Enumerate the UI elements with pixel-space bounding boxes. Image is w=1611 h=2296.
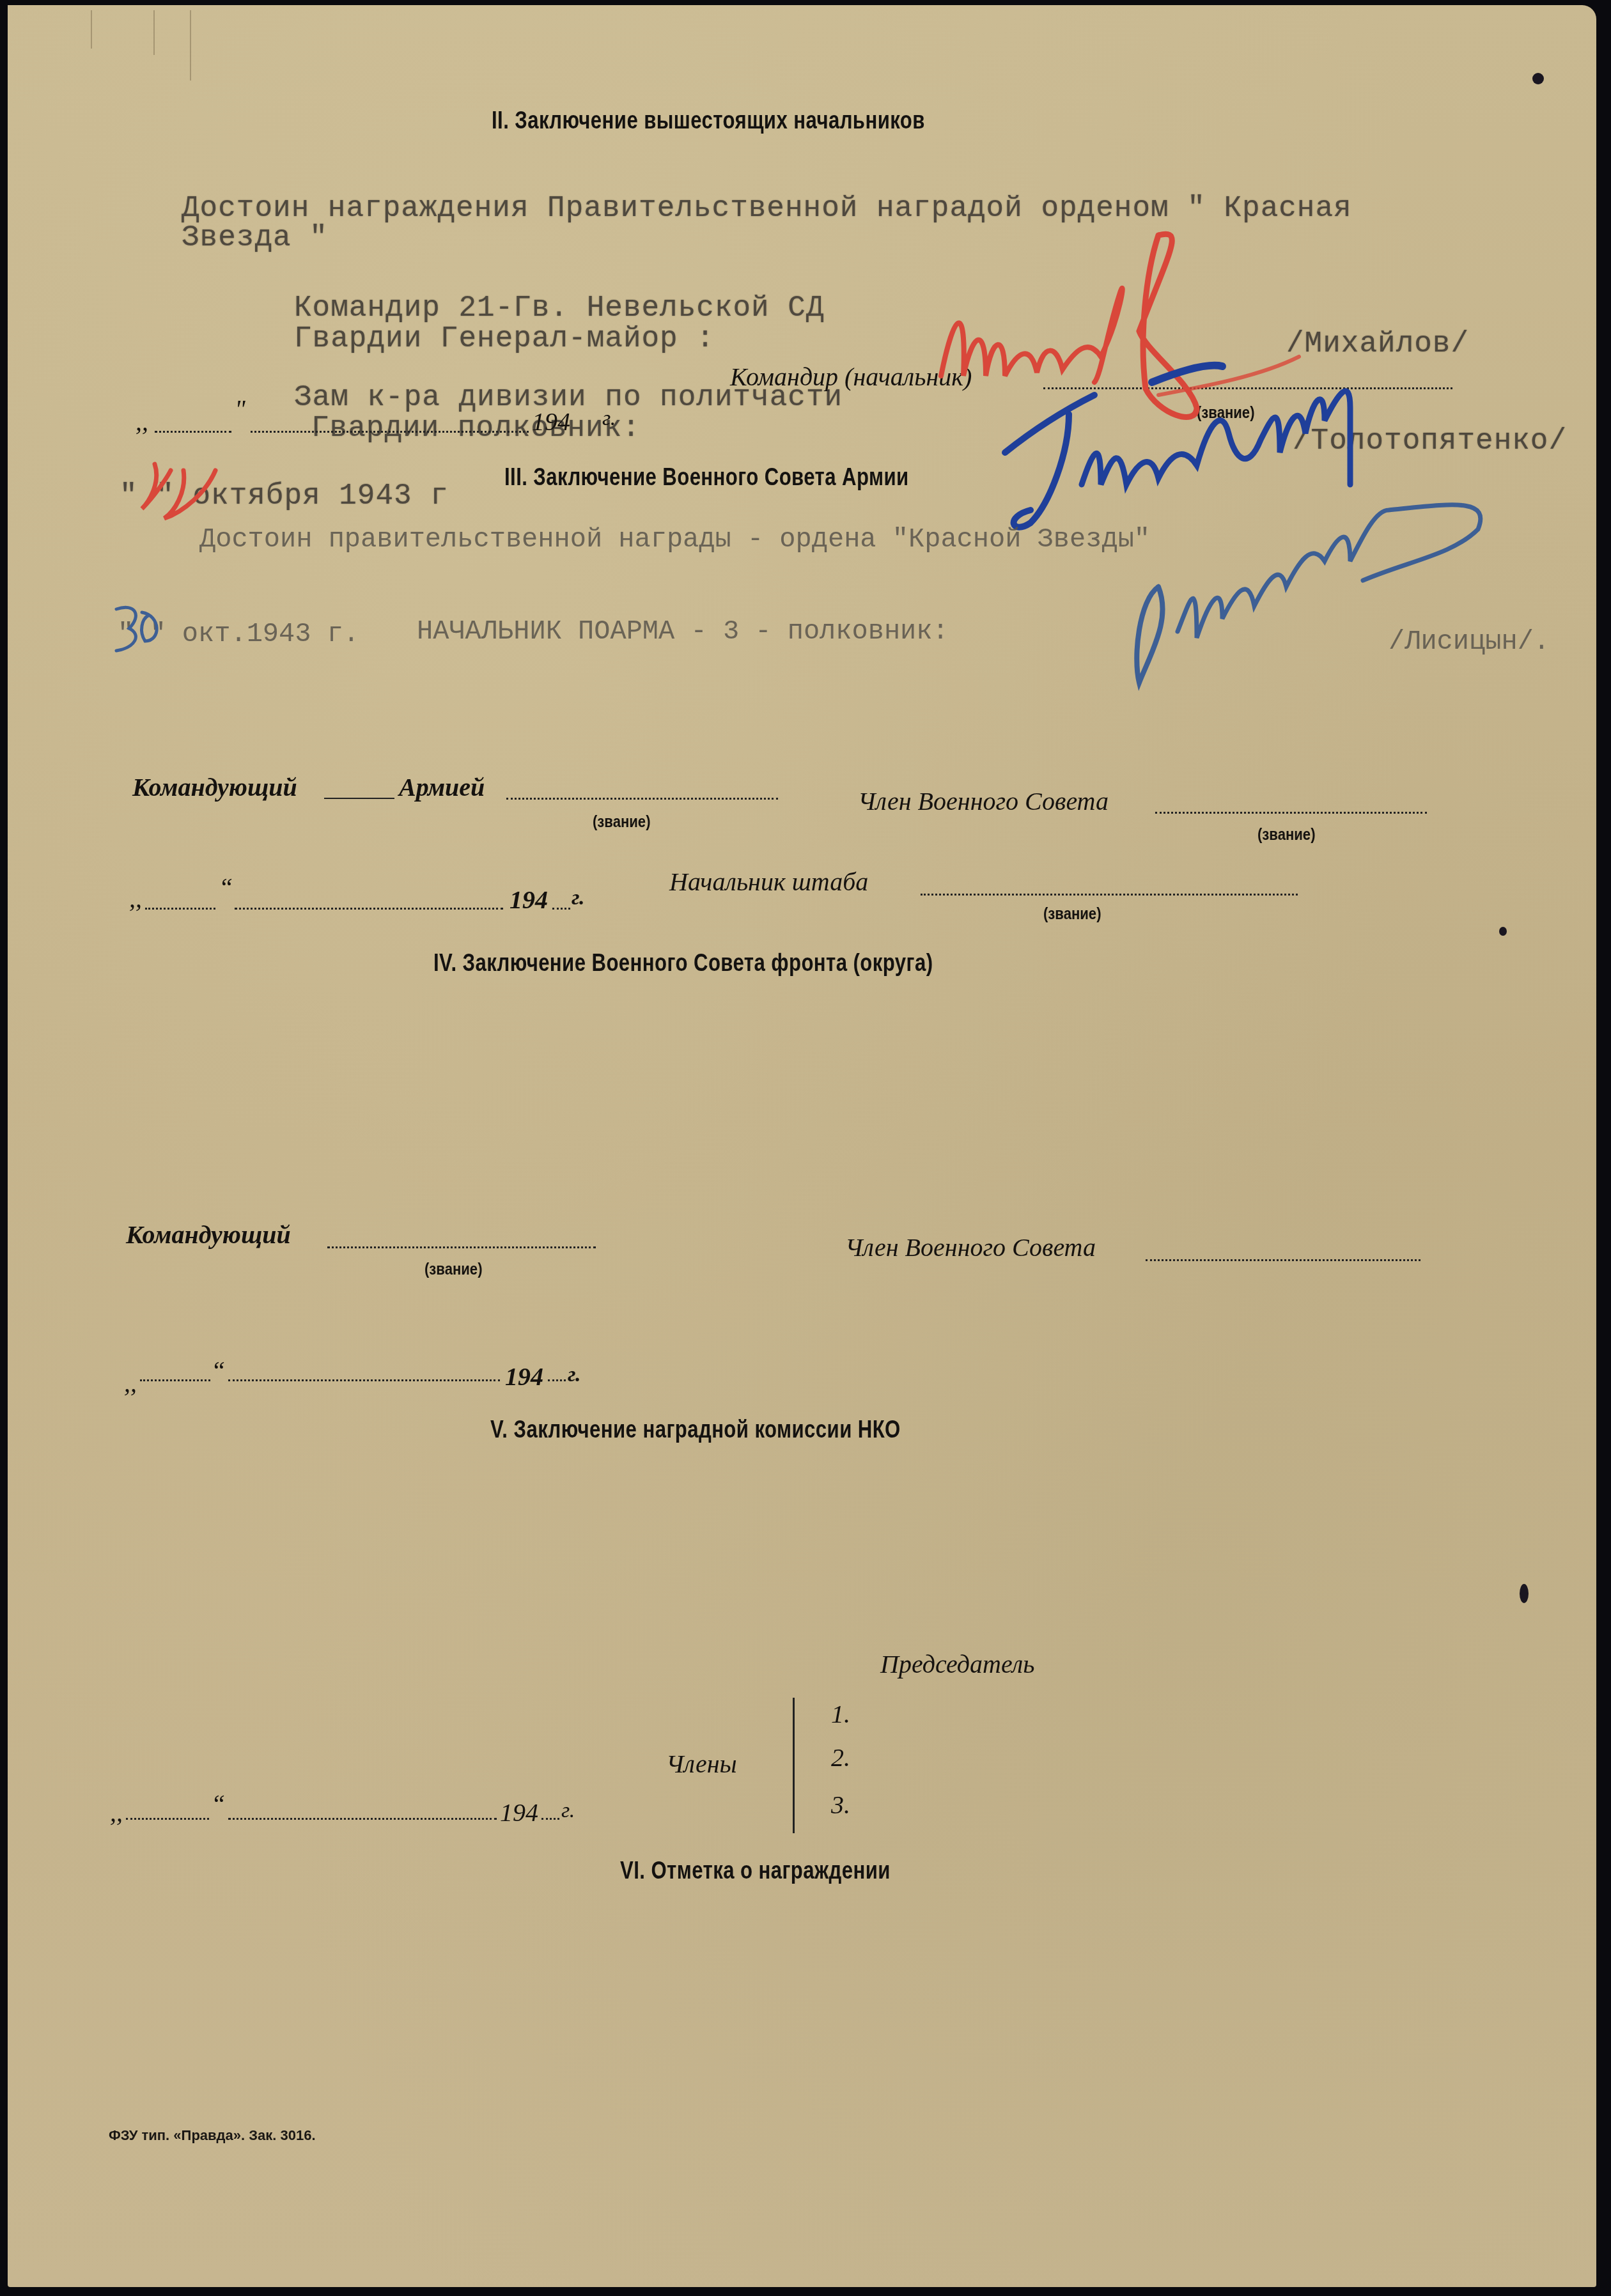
front-date-quote-close: “ <box>211 1355 225 1385</box>
front-date-suffix: г. <box>568 1363 581 1387</box>
section-3-heading: III. Заключение Военного Совета Армии <box>504 464 909 492</box>
army-date-day-line <box>145 908 215 910</box>
paper-crease <box>153 10 155 55</box>
army-date-year-line <box>552 908 570 910</box>
front-date-day-line <box>140 1379 210 1381</box>
document-page: II. Заключение вышестоящих начальников Д… <box>8 5 1596 2287</box>
deputy-typed-line-2: Гвардии полковник: <box>311 412 641 445</box>
paper-crease <box>190 10 191 81</box>
printer-footer: ФЗУ тип. «Правда». Зак. 3016. <box>109 2127 316 2144</box>
punch-hole <box>1532 73 1544 84</box>
section-2-typed-line-1: Достоин награждения Правительственной на… <box>182 192 1352 225</box>
army-rank-line <box>506 798 778 800</box>
date-year-suffix: г. <box>602 407 616 431</box>
army-date-quote-open: ,, <box>129 883 142 913</box>
commander-name: /Михайлов/ <box>1286 327 1469 361</box>
nko-date-quote-open: ,, <box>110 1797 123 1827</box>
front-date-month-line <box>228 1379 500 1381</box>
chief-of-staff-label: Начальник штаба <box>669 867 868 897</box>
commander-typed-line-1: Командир 21-Гв. Невельской СД <box>294 291 825 325</box>
chief-rank-label: (звание) <box>1043 904 1101 924</box>
army-date-suffix: г. <box>572 886 585 910</box>
nko-date-suffix: г. <box>561 1799 575 1823</box>
section-2-typed-line-2: Звезда " <box>182 221 328 254</box>
front-council-member-label: Член Военного Совета <box>845 1232 1096 1262</box>
front-date-year-line <box>548 1379 566 1381</box>
chief-of-staff-line <box>921 894 1298 896</box>
member-number-1: 1. <box>831 1699 850 1729</box>
punch-hole <box>1499 927 1507 936</box>
front-council-member-line <box>1146 1259 1420 1261</box>
nko-date-quote-close: “ <box>211 1788 225 1819</box>
front-date-year: 194 <box>505 1361 543 1392</box>
army-council-rank-label: (звание) <box>1257 825 1316 844</box>
nko-date-day-line <box>126 1818 209 1820</box>
signature-blue-pencil-poarma <box>1120 491 1568 708</box>
section-3-typed-line: Достоин правительственной награды - орде… <box>199 524 1150 555</box>
nko-date-year-line <box>541 1818 559 1820</box>
army-date-quote-close: “ <box>219 872 233 902</box>
date-quote-close: " <box>235 394 245 424</box>
section-4-heading: IV. Заключение Военного Совета фронта (о… <box>433 950 933 977</box>
date-day-line <box>155 431 231 433</box>
army-council-member-line <box>1155 812 1427 814</box>
punch-hole <box>1520 1584 1529 1603</box>
paper-crease <box>91 10 92 49</box>
nko-date-month-line <box>228 1818 497 1820</box>
nko-date-year: 194 <box>500 1797 538 1827</box>
date-month-line <box>251 431 529 433</box>
date-quote-open: ,, <box>136 407 148 437</box>
members-brace <box>793 1698 795 1833</box>
handwritten-day-blue <box>104 596 167 660</box>
front-commander-line <box>327 1246 596 1248</box>
front-date-quote-open: ,, <box>124 1368 137 1398</box>
army-commander-label: Командующий <box>132 772 297 802</box>
army-rank-label: (звание) <box>593 812 651 832</box>
chairman-label: Председатель <box>880 1649 1034 1679</box>
front-commander-label: Командующий <box>126 1220 291 1250</box>
date-year-print: 194 <box>532 407 570 437</box>
handwritten-day-red <box>136 458 219 528</box>
member-number-2: 2. <box>831 1742 850 1772</box>
commander-typed-line-2: Гвардии Генерал-майор : <box>294 322 715 355</box>
member-number-3: 3. <box>831 1790 850 1820</box>
army-council-member-label: Член Военного Совета <box>858 786 1109 816</box>
members-label: Члены <box>666 1749 737 1779</box>
front-rank-label: (звание) <box>424 1259 483 1279</box>
section-2-heading: II. Заключение вышестоящих начальников <box>492 107 925 135</box>
army-commander-line <box>324 798 394 799</box>
poarma-position-typed: НАЧАЛЬНИК ПОАРМА - 3 - полковник: <box>417 616 949 647</box>
army-date-month-line <box>235 908 503 910</box>
section-6-heading: VI. Отметка о награждении <box>620 1858 891 1885</box>
section-5-heading: V. Заключение наградной комиссии НКО <box>490 1416 901 1444</box>
army-label: Армией <box>399 772 485 802</box>
army-date-year: 194 <box>510 885 548 915</box>
